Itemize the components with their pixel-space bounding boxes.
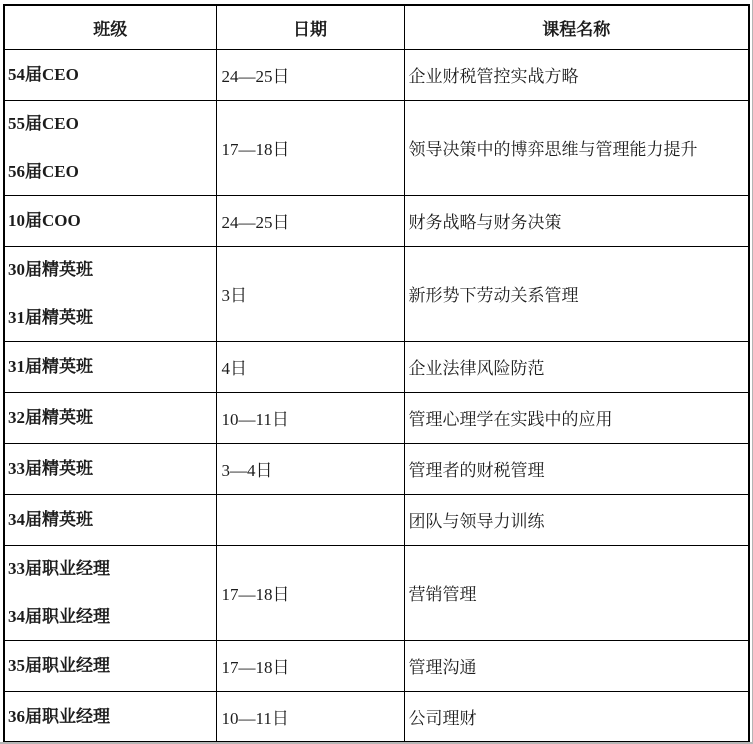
date-cell: 24—25日 <box>216 195 404 246</box>
date-cell <box>216 494 404 545</box>
class-cell: 32届精英班 <box>4 392 216 443</box>
class-name: 54届CEO <box>8 64 214 85</box>
class-cell: 33届精英班 <box>4 443 216 494</box>
class-cell: 30届精英班31届精英班 <box>4 246 216 341</box>
date-cell: 3日 <box>216 246 404 341</box>
date-cell: 10—11日 <box>216 392 404 443</box>
header-cell: 班级 <box>4 5 216 49</box>
class-cell: 54届CEO <box>4 49 216 100</box>
table-row: 34届精英班团队与领导力训练 <box>4 494 749 545</box>
date-cell: 17—18日 <box>216 100 404 195</box>
class-name: 36届职业经理 <box>8 706 214 727</box>
table-row: 36届职业经理10—11日公司理财 <box>4 691 749 742</box>
header-cell: 日期 <box>216 5 404 49</box>
class-name: 30届精英班 <box>8 259 214 280</box>
class-name: 32届精英班 <box>8 407 214 428</box>
table-row: 54届CEO24—25日企业财税管控实战方略 <box>4 49 749 100</box>
table-row: 33届精英班3—4日管理者的财税管理 <box>4 443 749 494</box>
date-cell: 24—25日 <box>216 49 404 100</box>
date-cell: 4日 <box>216 341 404 392</box>
course-cell: 管理心理学在实践中的应用 <box>404 392 749 443</box>
class-cell: 34届精英班 <box>4 494 216 545</box>
course-cell: 团队与领导力训练 <box>404 494 749 545</box>
table-row: 30届精英班31届精英班3日新形势下劳动关系管理 <box>4 246 749 341</box>
course-cell: 管理者的财税管理 <box>404 443 749 494</box>
table-row: 10届COO24—25日财务战略与财务决策 <box>4 195 749 246</box>
class-cell: 10届COO <box>4 195 216 246</box>
page: 班级日期课程名称 54届CEO24—25日企业财税管控实战方略55届CEO56届… <box>0 0 753 744</box>
class-name: 55届CEO <box>8 113 214 134</box>
class-name: 35届职业经理 <box>8 655 214 676</box>
date-cell: 3—4日 <box>216 443 404 494</box>
table-row: 31届精英班4日企业法律风险防范 <box>4 341 749 392</box>
class-cell: 55届CEO56届CEO <box>4 100 216 195</box>
class-name: 34届职业经理 <box>8 606 214 627</box>
class-name: 33届职业经理 <box>8 558 214 579</box>
course-schedule-table: 班级日期课程名称 54届CEO24—25日企业财税管控实战方略55届CEO56届… <box>3 4 750 743</box>
course-cell: 企业财税管控实战方略 <box>404 49 749 100</box>
table-row: 32届精英班10—11日管理心理学在实践中的应用 <box>4 392 749 443</box>
date-cell: 10—11日 <box>216 691 404 742</box>
course-cell: 营销管理 <box>404 545 749 640</box>
table-row: 33届职业经理34届职业经理17—18日营销管理 <box>4 545 749 640</box>
class-name: 31届精英班 <box>8 356 214 377</box>
table-row: 35届职业经理17—18日管理沟通 <box>4 640 749 691</box>
class-name: 10届COO <box>8 210 214 231</box>
course-cell: 财务战略与财务决策 <box>404 195 749 246</box>
class-name: 34届精英班 <box>8 509 214 530</box>
course-cell: 企业法律风险防范 <box>404 341 749 392</box>
class-cell: 33届职业经理34届职业经理 <box>4 545 216 640</box>
class-name: 31届精英班 <box>8 307 214 328</box>
course-cell: 领导决策中的博弈思维与管理能力提升 <box>404 100 749 195</box>
header-cell: 课程名称 <box>404 5 749 49</box>
class-cell: 36届职业经理 <box>4 691 216 742</box>
course-cell: 公司理财 <box>404 691 749 742</box>
table-body: 54届CEO24—25日企业财税管控实战方略55届CEO56届CEO17—18日… <box>4 49 749 742</box>
header-row: 班级日期课程名称 <box>4 5 749 49</box>
class-cell: 31届精英班 <box>4 341 216 392</box>
course-cell: 新形势下劳动关系管理 <box>404 246 749 341</box>
date-cell: 17—18日 <box>216 640 404 691</box>
course-cell: 管理沟通 <box>404 640 749 691</box>
class-name: 33届精英班 <box>8 458 214 479</box>
class-cell: 35届职业经理 <box>4 640 216 691</box>
table-row: 55届CEO56届CEO17—18日领导决策中的博弈思维与管理能力提升 <box>4 100 749 195</box>
class-name: 56届CEO <box>8 161 214 182</box>
date-cell: 17—18日 <box>216 545 404 640</box>
